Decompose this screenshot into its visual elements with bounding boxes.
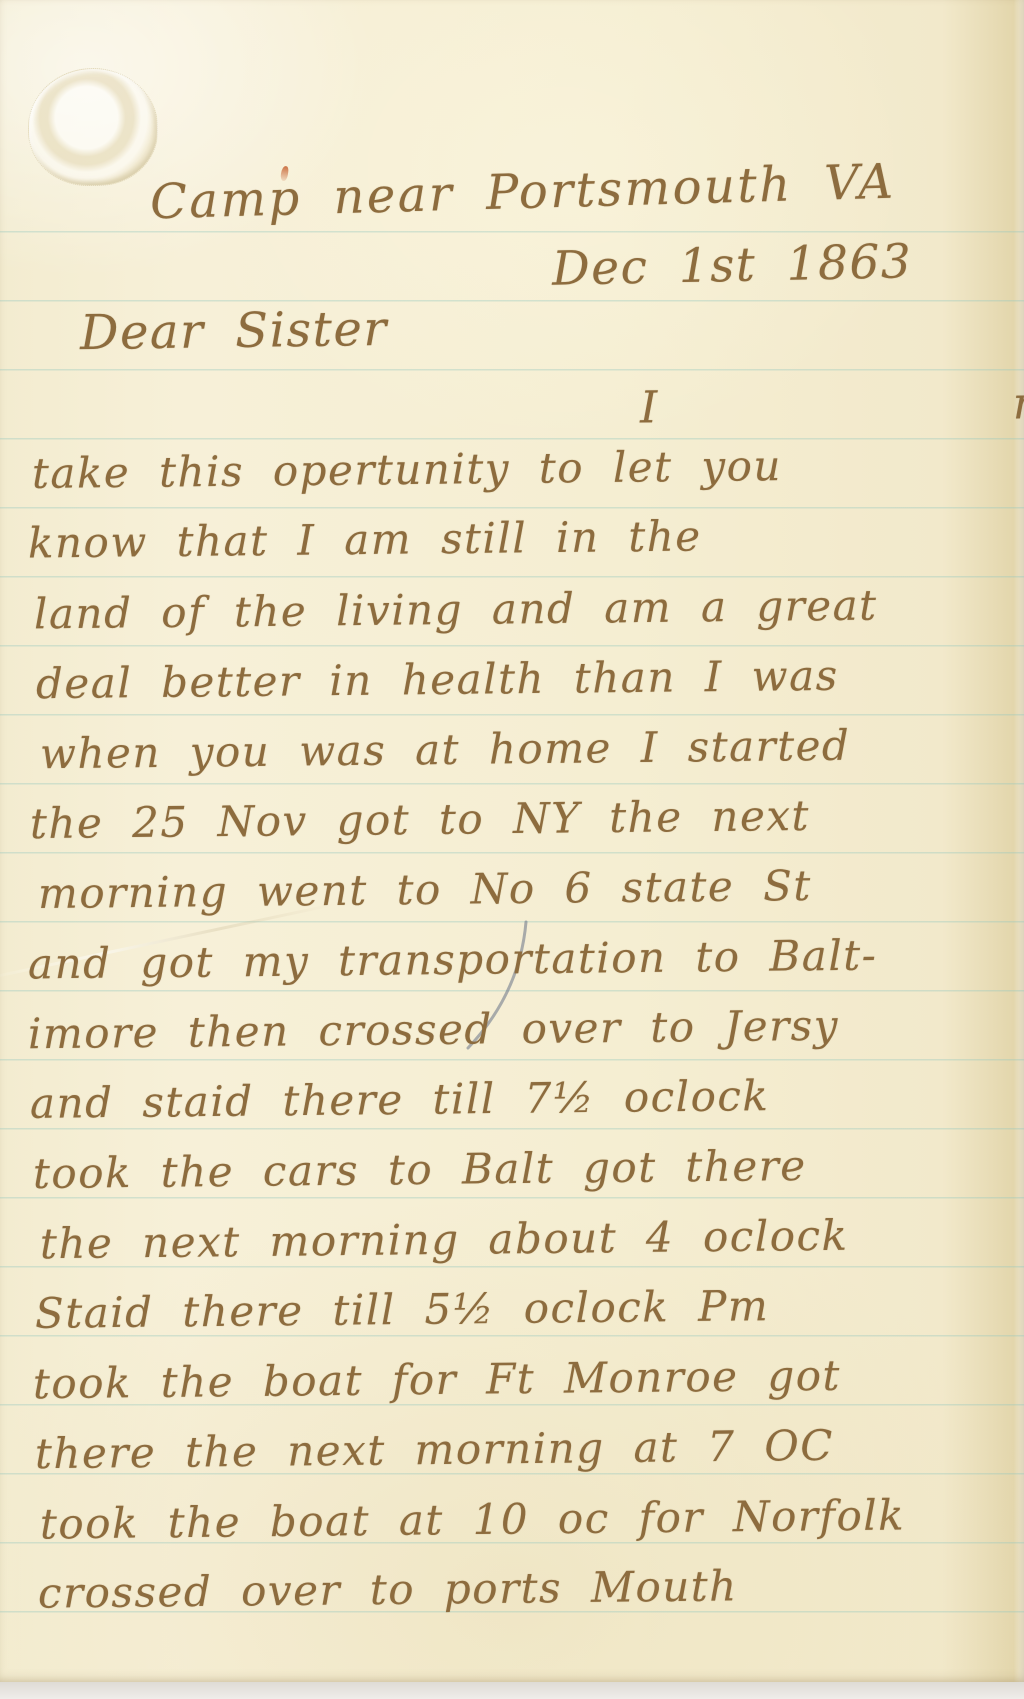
handwritten-line: morning went to No 6 state St — [38, 861, 812, 918]
handwritten-line: and got my transportation to Balt- — [28, 931, 878, 989]
handwritten-line: I now — [640, 378, 1024, 434]
handwritten-line: took the boat at 10 oc for Norfolk — [40, 1490, 906, 1548]
handwritten-line: the next morning about 4 oclock — [40, 1211, 849, 1268]
handwritten-line: imore then crossed over to Jersy — [28, 1001, 839, 1058]
letter-paper: Camp near Portsmouth VA Dec 1st 1863 Dea… — [0, 0, 1024, 1682]
ruled-lines — [0, 231, 1024, 1615]
heading-location: Camp near Portsmouth VA — [149, 154, 896, 231]
handwritten-line: and staid there till 7½ oclock — [30, 1071, 770, 1128]
handwritten-line: there the next morning at 7 OC — [35, 1421, 834, 1478]
handwritten-line: deal better in health than I was — [36, 651, 839, 708]
salutation: Dear Sister — [80, 301, 388, 361]
handwritten-line: took the boat for Ft Monroe got — [33, 1351, 841, 1408]
scan-background — [0, 1682, 1024, 1699]
heading-date: Dec 1st 1863 — [551, 234, 912, 297]
embossed-seal-icon — [28, 68, 158, 186]
handwritten-line: crossed over to ports Mouth — [38, 1561, 738, 1617]
handwritten-line: know that I am still in the — [28, 511, 702, 567]
handwritten-line: the 25 Nov got to NY the next — [30, 791, 810, 848]
handwritten-line: take this opertunity to let you — [32, 441, 782, 498]
handwritten-line: took the cars to Balt got there — [33, 1141, 807, 1198]
scanned-letter-page: Camp near Portsmouth VA Dec 1st 1863 Dea… — [0, 0, 1024, 1699]
handwritten-line: Staid there till 5½ oclock Pm — [35, 1281, 770, 1338]
handwritten-line: when you was at home I started — [40, 721, 851, 778]
handwritten-line: land of the living and am a great — [34, 581, 878, 639]
